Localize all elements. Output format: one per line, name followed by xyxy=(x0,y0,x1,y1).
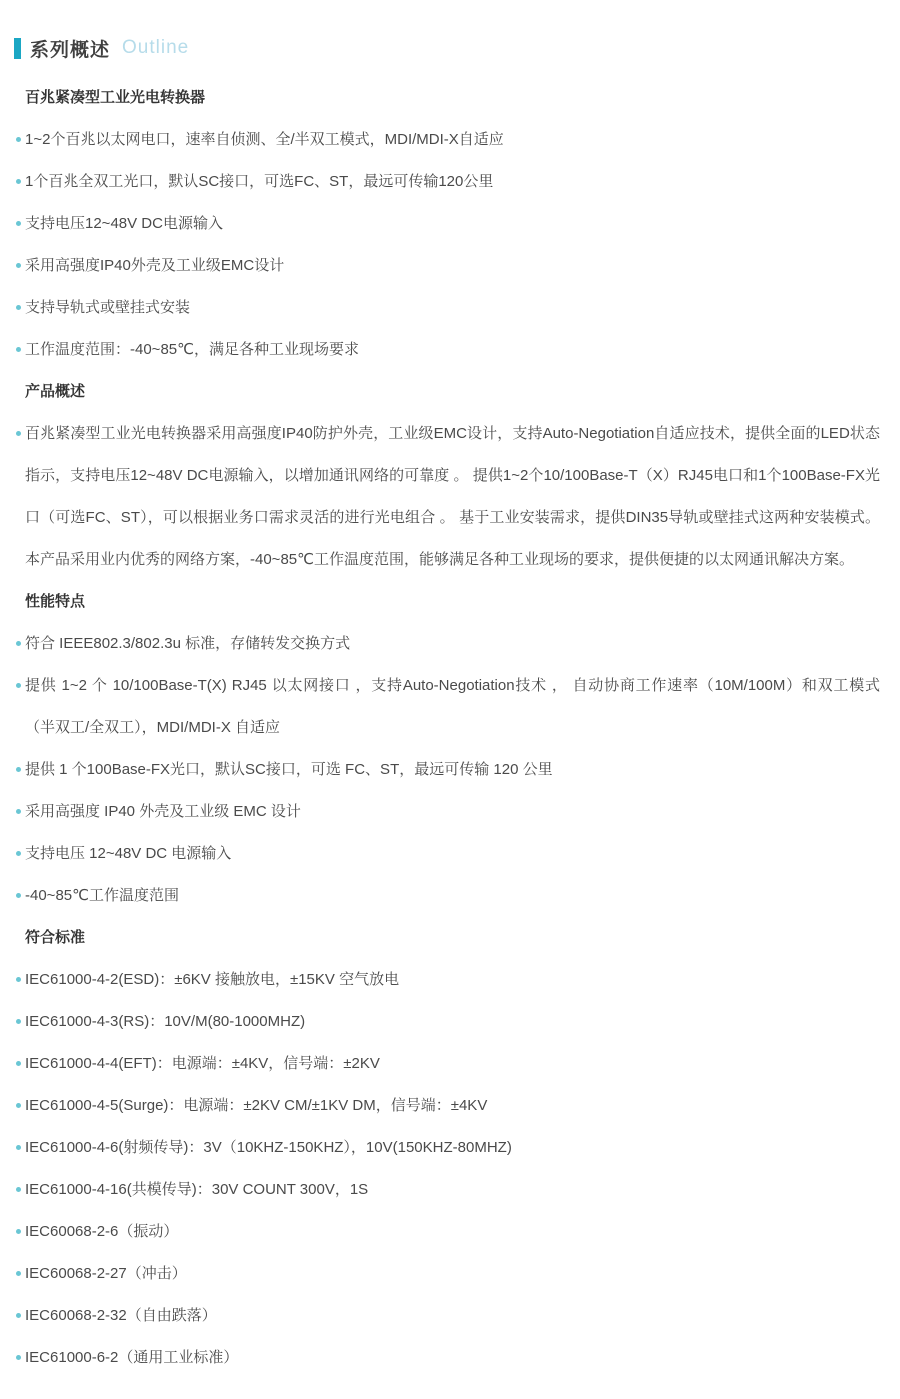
list-item: 1~2个百兆以太网电口，速率自侦测、全/半双工模式，MDI/MDI-X自适应 xyxy=(16,119,880,161)
list-item: IEC60068-2-27（冲击） xyxy=(16,1253,880,1295)
list-item: 支持电压 12~48V DC 电源输入 xyxy=(16,833,880,875)
accent-bar xyxy=(14,38,21,59)
section-heading: 符合标准 xyxy=(16,917,880,959)
list-item: IEC61000-4-6(射频传导)：3V（10KHZ-150KHZ），10V(… xyxy=(16,1127,880,1169)
list-item: 采用高强度 IP40 外壳及工业级 EMC 设计 xyxy=(16,791,880,833)
list-item: 支持导轨式或壁挂式安装 xyxy=(16,287,880,329)
list-item: IEC61000-4-16(共模传导)：30V COUNT 300V，1S xyxy=(16,1169,880,1211)
list-item: IEC61000-4-3(RS)：10V/M(80-1000MHZ) xyxy=(16,1001,880,1043)
list-item: 1个百兆全双工光口，默认SC接口，可选FC、ST，最远可传输120公里 xyxy=(16,161,880,203)
list-item: 提供 1~2 个 10/100Base-T(X) RJ45 以太网接口 ，支持A… xyxy=(16,665,880,749)
section-overview: 产品概述 百兆紧凑型工业光电转换器采用高强度IP40防护外壳，工业级EMC设计，… xyxy=(16,371,880,581)
content-area: 百兆紧凑型工业光电转换器 1~2个百兆以太网电口，速率自侦测、全/半双工模式，M… xyxy=(16,77,880,1379)
page-title-en: Outline xyxy=(122,37,189,59)
section-heading: 性能特点 xyxy=(16,581,880,623)
bullet-list: 符合 IEEE802.3/802.3u 标准，存储转发交换方式 提供 1~2 个… xyxy=(16,623,880,917)
list-item: IEC61000-4-4(EFT)：电源端：±4KV，信号端：±2KV xyxy=(16,1043,880,1085)
list-item: -40~85℃工作温度范围 xyxy=(16,875,880,917)
list-item: IEC60068-2-6（振动） xyxy=(16,1211,880,1253)
page-title: 系列概述 xyxy=(30,35,110,62)
list-item: 支持电压12~48V DC电源输入 xyxy=(16,203,880,245)
list-item: IEC61000-4-2(ESD)：±6KV 接触放电，±15KV 空气放电 xyxy=(16,959,880,1001)
section-product-name: 百兆紧凑型工业光电转换器 1~2个百兆以太网电口，速率自侦测、全/半双工模式，M… xyxy=(16,77,880,371)
section-heading: 产品概述 xyxy=(16,371,880,413)
list-item: IEC61000-6-2（通用工业标准） xyxy=(16,1337,880,1379)
list-item: 提供 1 个100Base-FX光口，默认SC接口，可选 FC、ST，最远可传输… xyxy=(16,749,880,791)
list-item: IEC60068-2-32（自由跌落） xyxy=(16,1295,880,1337)
list-item: 采用高强度IP40外壳及工业级EMC设计 xyxy=(16,245,880,287)
section-standards: 符合标准 IEC61000-4-2(ESD)：±6KV 接触放电，±15KV 空… xyxy=(16,917,880,1379)
section-heading: 百兆紧凑型工业光电转换器 xyxy=(16,77,880,119)
list-item: IEC61000-4-5(Surge)：电源端：±2KV CM/±1KV DM，… xyxy=(16,1085,880,1127)
outline-header: 系列概述 Outline xyxy=(14,36,900,60)
section-features: 性能特点 符合 IEEE802.3/802.3u 标准，存储转发交换方式 提供 … xyxy=(16,581,880,917)
list-item: 符合 IEEE802.3/802.3u 标准，存储转发交换方式 xyxy=(16,623,880,665)
overview-paragraph: 百兆紧凑型工业光电转换器采用高强度IP40防护外壳，工业级EMC设计，支持Aut… xyxy=(16,413,880,581)
bullet-list: 1~2个百兆以太网电口，速率自侦测、全/半双工模式，MDI/MDI-X自适应 1… xyxy=(16,119,880,371)
list-item: 工作温度范围：-40~85℃，满足各种工业现场要求 xyxy=(16,329,880,371)
bullet-list: IEC61000-4-2(ESD)：±6KV 接触放电，±15KV 空气放电 I… xyxy=(16,959,880,1379)
